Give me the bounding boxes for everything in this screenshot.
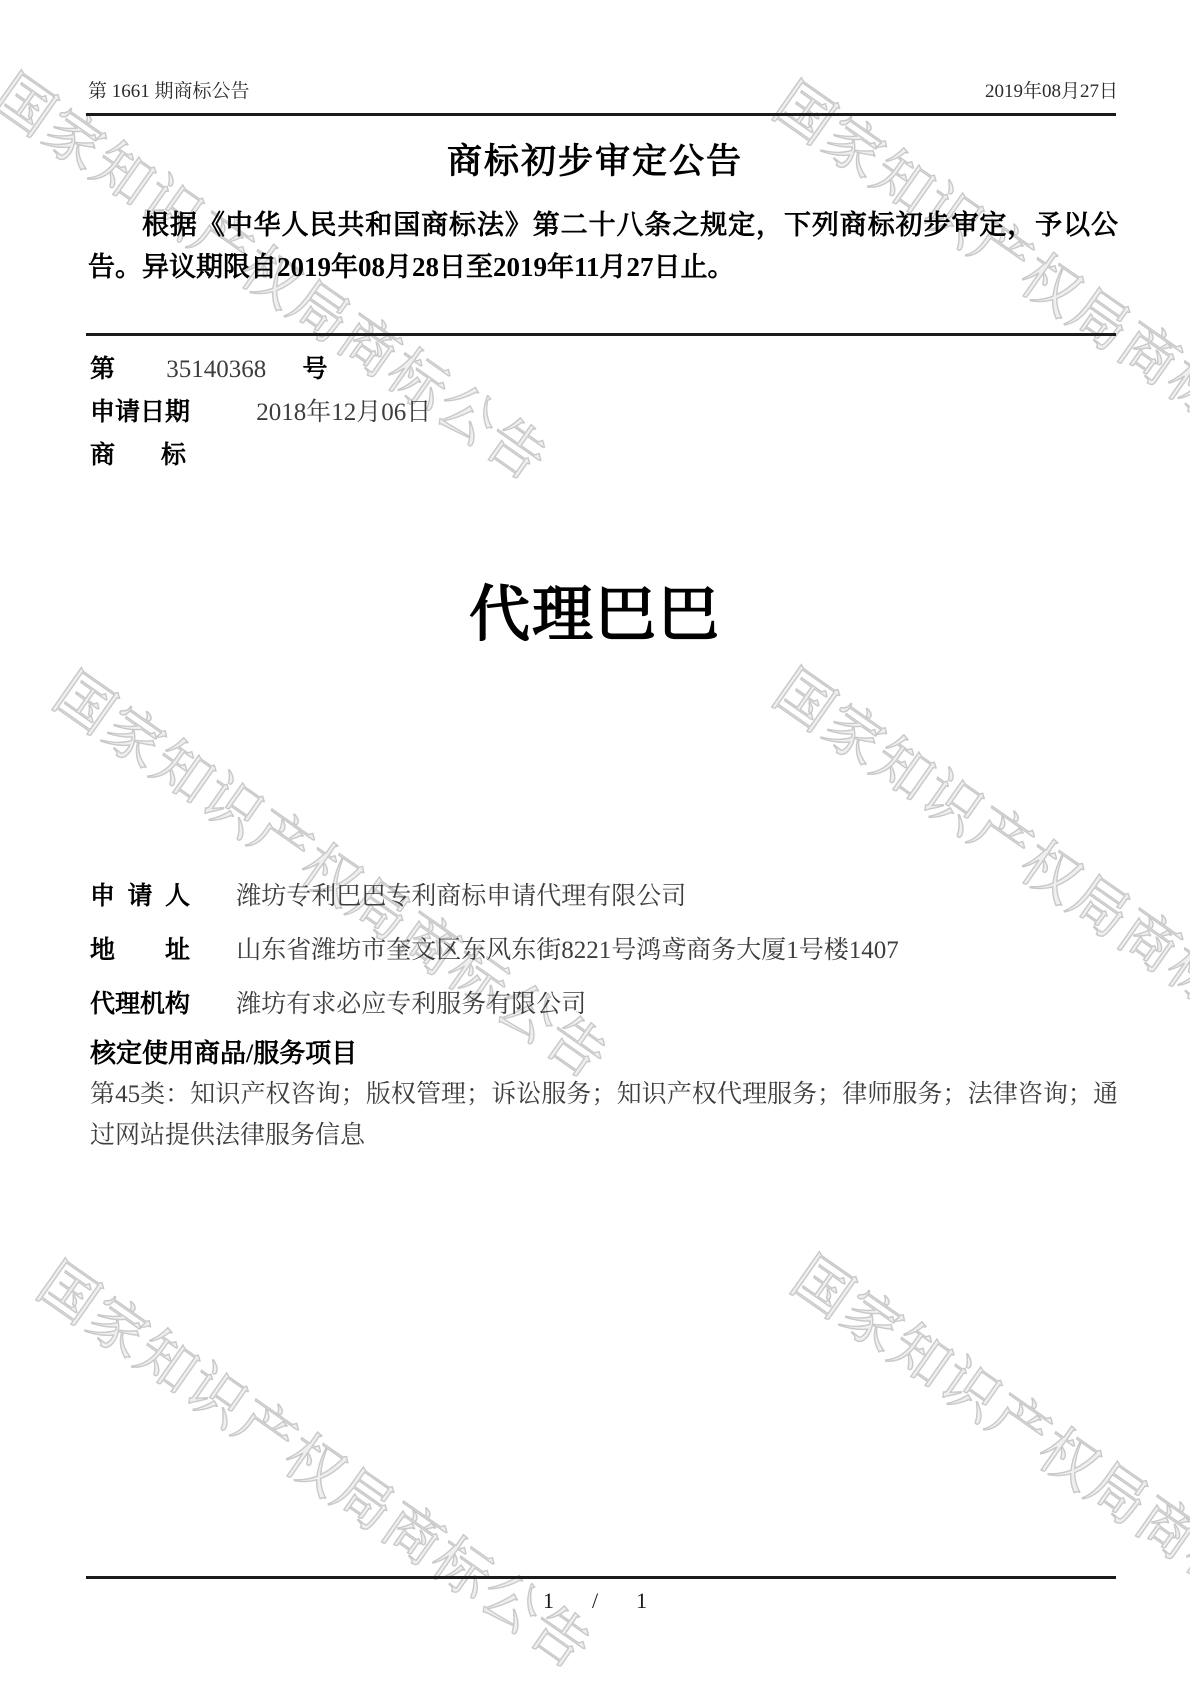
applicant-label: 申请人 [90,876,190,912]
address-value: 山东省潍坊市奎文区东风东街8221号鸿鸢商务大厦1号楼1407 [236,937,899,964]
page-title: 商标初步审定公告 [0,134,1190,184]
page-content: 第 1661 期商标公告 2019年08月27日 商标初步审定公告 根据《中华人… [0,0,1190,1684]
trademark-label-row: 商标 [90,435,186,471]
services-text: 第45类：知识产权咨询；版权管理；诉讼服务；知识产权代理服务；律师服务；法律咨询… [90,1074,1118,1156]
footer-divider [86,1576,1116,1579]
total-pages: 1 [636,1588,647,1614]
gazette-date: 2019年08月27日 [985,76,1118,103]
agency-row: 代理机构 潍坊有求必应专利服务有限公司 [90,984,586,1020]
gazette-page: 国家知识产权局商标公告 国家知识产权局商标公告 国家知识产权局商标公告 国家知识… [0,0,1190,1684]
registration-prefix-label: 第 [90,356,115,383]
application-date-row: 申请日期 2018年12月06日 [90,392,431,428]
services-heading: 核定使用商品/服务项目 [90,1033,357,1070]
trademark-name: 代理巴巴 [0,566,1190,653]
page-header: 第 1661 期商标公告 2019年08月27日 [88,76,1118,103]
registration-suffix-label: 号 [303,356,328,383]
header-divider [86,113,1116,116]
applicant-row: 申请人 潍坊专利巴巴专利商标申请代理有限公司 [90,876,686,912]
current-page: 1 [543,1588,554,1614]
page-separator: / [592,1588,598,1614]
page-number: 1 / 1 [0,1588,1190,1614]
registration-number-row: 第 35140368 号 [90,349,328,385]
agency-label: 代理机构 [90,984,190,1020]
gazette-issue-label: 第 1661 期商标公告 [88,76,250,103]
application-date-value: 2018年12月06日 [256,399,431,426]
applicant-value: 潍坊专利巴巴专利商标申请代理有限公司 [236,883,686,910]
section-divider [86,333,1116,336]
address-row: 地址 山东省潍坊市奎文区东风东街8221号鸿鸢商务大厦1号楼1407 [90,930,899,966]
trademark-label: 商标 [90,435,186,471]
notice-paragraph: 根据《中华人民共和国商标法》第二十八条之规定，下列商标初步审定，予以公告。异议期… [88,204,1118,288]
application-date-label: 申请日期 [90,399,190,426]
agency-value: 潍坊有求必应专利服务有限公司 [236,991,586,1018]
registration-number: 35140368 [166,356,261,384]
address-label: 地址 [90,930,190,966]
